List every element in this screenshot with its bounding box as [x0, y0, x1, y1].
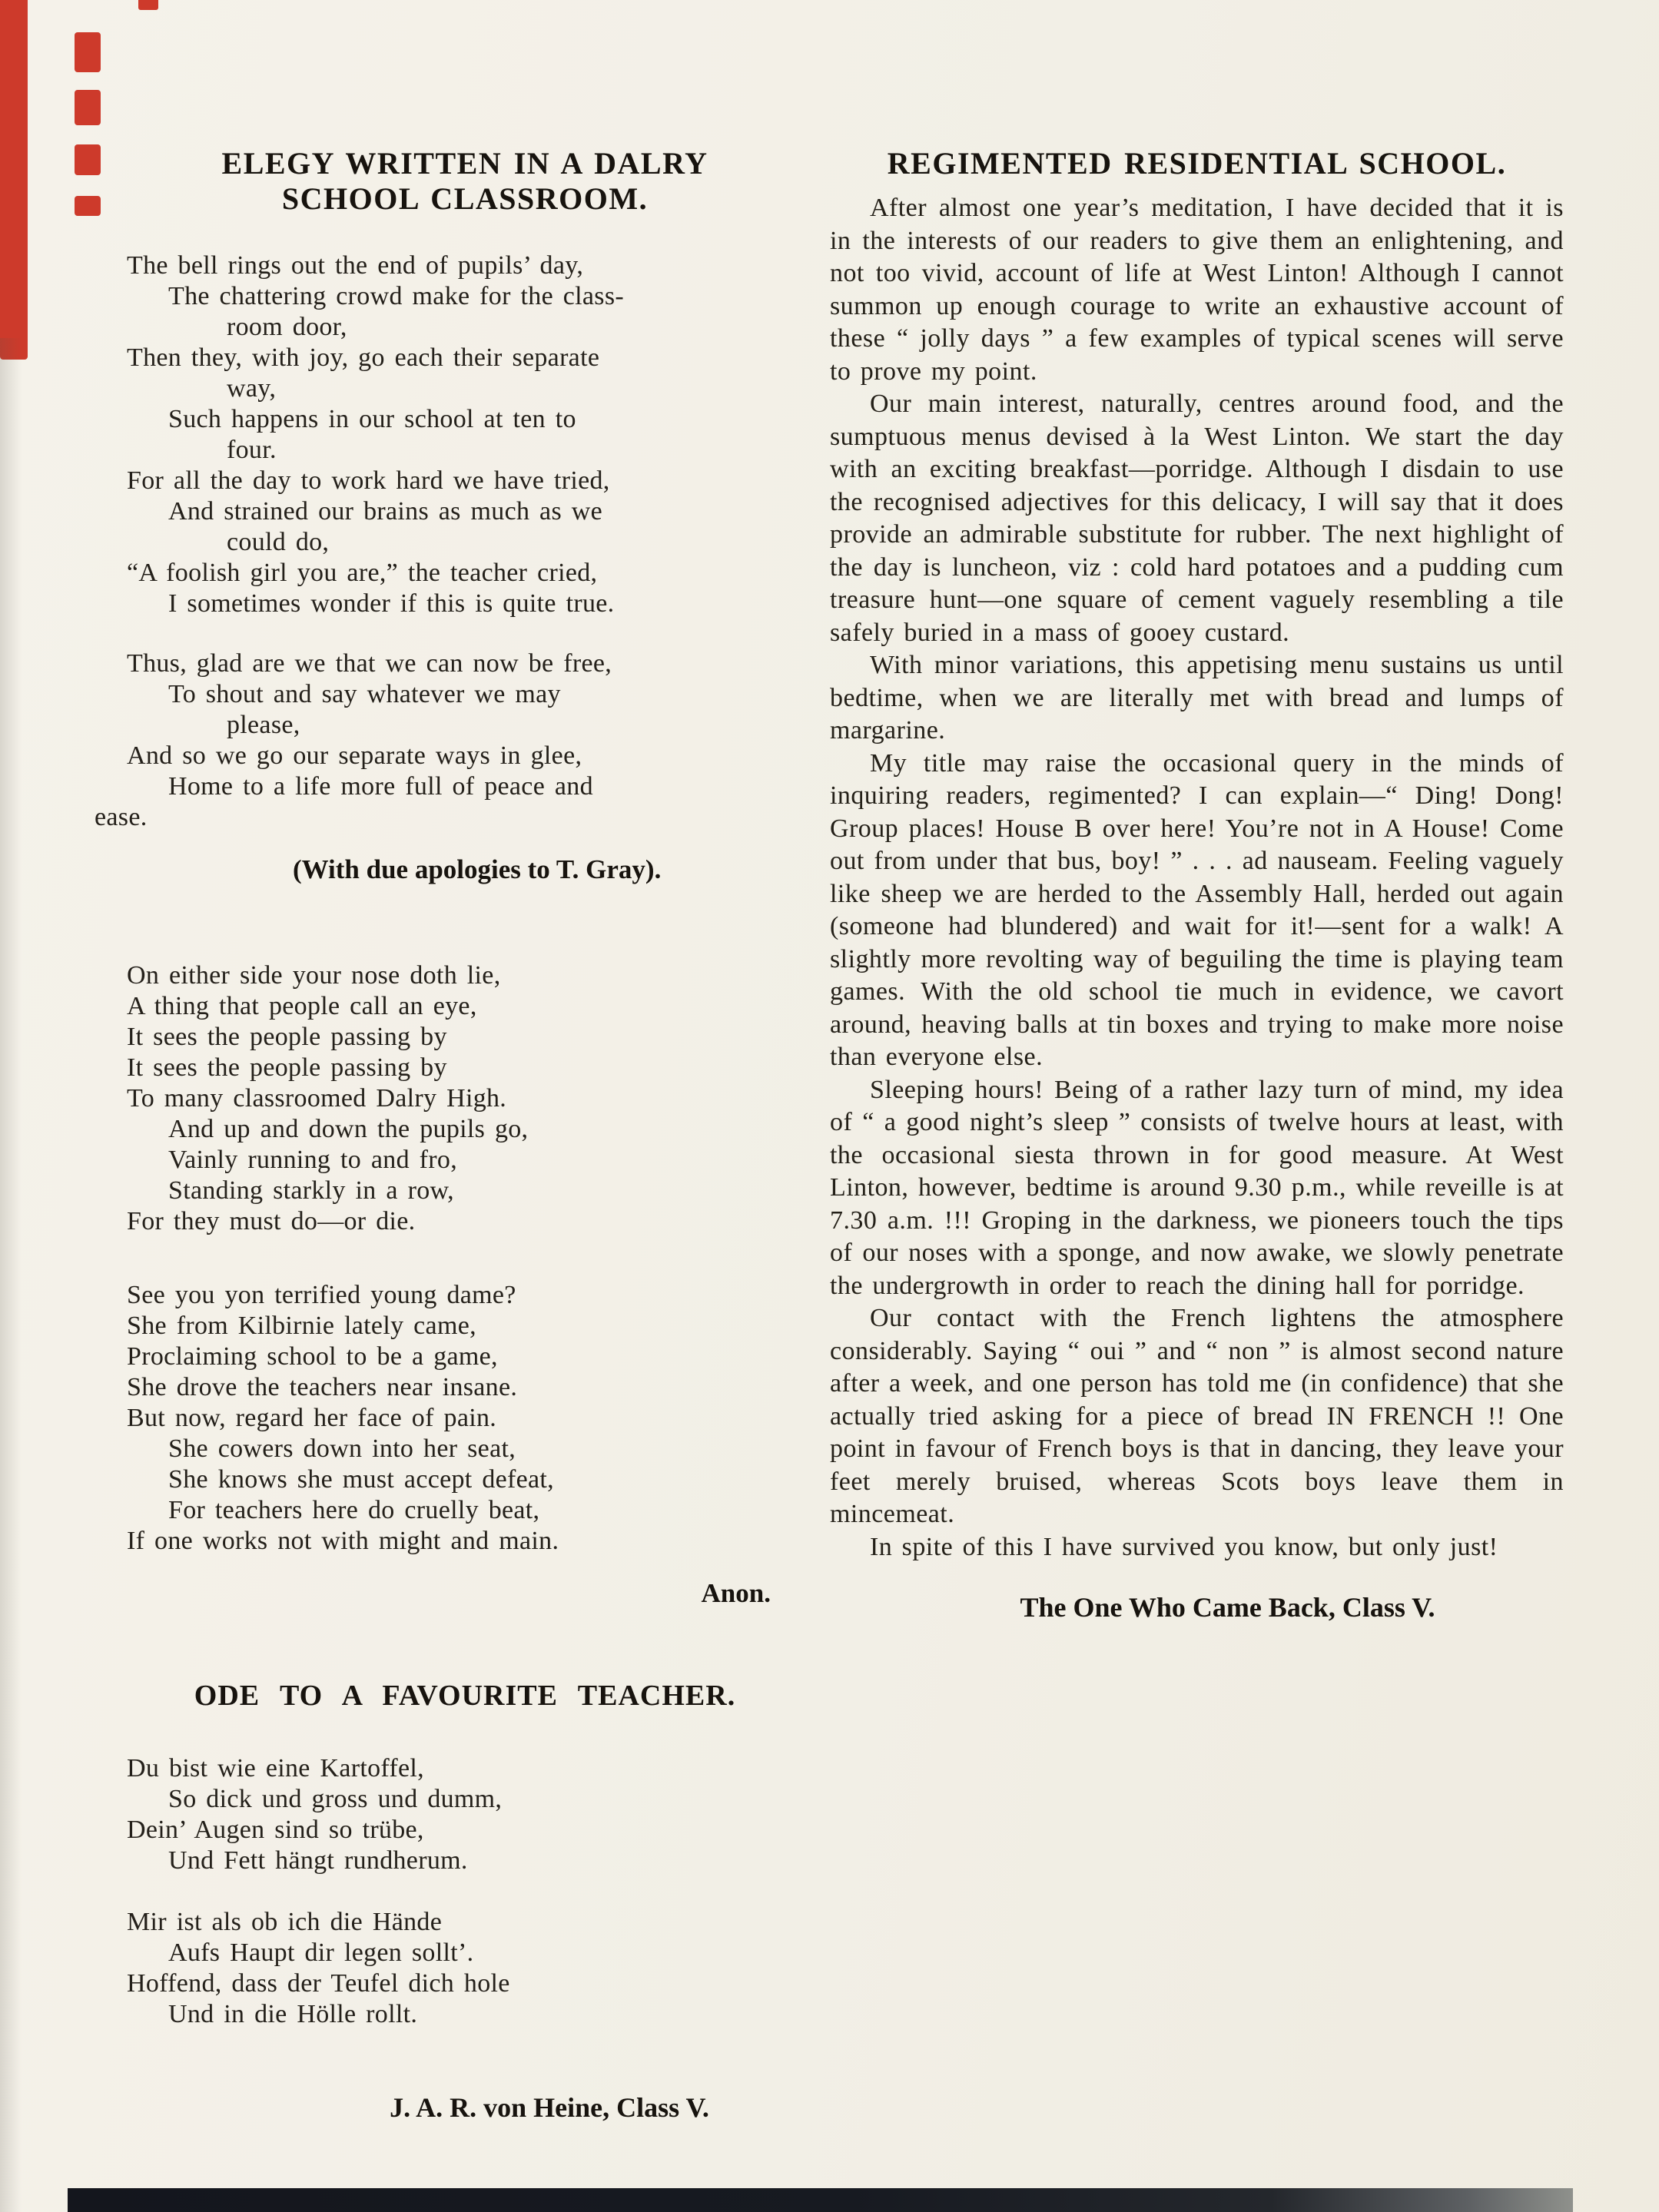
poem-line: ease.	[95, 802, 803, 833]
poem-line: See you yon terrified young dame?	[127, 1280, 803, 1311]
poem-line: Du bist wie eine Kartoffel,	[127, 1753, 803, 1784]
poem-line: If one works not with might and main.	[127, 1526, 803, 1557]
poem-line: Proclaiming school to be a game,	[127, 1341, 803, 1372]
apology-note: (With due apologies to T. Gray).	[127, 853, 803, 887]
poem-line: room door,	[227, 312, 803, 343]
article-paragraph: In spite of this I have survived you kno…	[830, 1531, 1564, 1564]
poem-line: And strained our brains as much as we	[168, 496, 803, 527]
poem-line: Mir ist als ob ich die Hände	[127, 1907, 803, 1938]
ode-stanza-2: Mir ist als ob ich die HändeAufs Haupt d…	[127, 1907, 803, 2030]
article-paragraph: With minor variations, this appetising m…	[830, 649, 1564, 748]
bottom-ink-bar	[68, 2188, 1573, 2212]
elegy-stanza-2: Thus, glad are we that we can now be fre…	[127, 648, 803, 833]
poem-line: To shout and say whatever we may	[168, 679, 803, 710]
poem-line: For they must do—or die.	[127, 1206, 803, 1237]
poem-line: Aufs Haupt dir legen sollt’.	[168, 1938, 803, 1968]
elegy-stanza-1: The bell rings out the end of pupils’ da…	[127, 250, 803, 619]
red-ink-dash	[75, 32, 101, 72]
poem-line: She drove the teachers near insane.	[127, 1372, 803, 1403]
poem-line: The chattering crowd make for the class-	[168, 281, 803, 312]
poem-line: Dein’ Augen sind so trübe,	[127, 1815, 803, 1846]
poem-line: It sees the people passing by	[127, 1053, 803, 1083]
poem-line: A thing that people call an eye,	[127, 991, 803, 1022]
poem-line: Such happens in our school at ten to	[168, 404, 803, 435]
poem-line: I sometimes wonder if this is quite true…	[168, 589, 803, 619]
red-ink-dash	[75, 196, 101, 216]
page-edge-shadow	[0, 338, 22, 2212]
red-ink-bar	[0, 0, 28, 360]
red-ink-dash	[75, 144, 101, 175]
anon-poem-stanza-2: See you yon terrified young dame?She fro…	[127, 1280, 803, 1557]
article-paragraph: My title may raise the occasional query …	[830, 748, 1564, 1074]
poem-line: It sees the people passing by	[127, 1022, 803, 1053]
red-ink-tick	[138, 0, 158, 10]
red-ink-dash	[75, 90, 101, 125]
left-column: ELEGY WRITTEN IN A DALRYSCHOOL CLASSROOM…	[127, 146, 803, 2125]
poem-line: Thus, glad are we that we can now be fre…	[127, 648, 803, 679]
poem-line: To many classroomed Dalry High.	[127, 1083, 803, 1114]
poem-line: Standing starkly in a row,	[168, 1176, 803, 1206]
elegy-title-line1: ELEGY WRITTEN IN A DALRY	[222, 146, 708, 181]
poem-line: She from Kilbirnie lately came,	[127, 1311, 803, 1341]
right-column: REGIMENTED RESIDENTIAL SCHOOL. After alm…	[830, 146, 1564, 2125]
poem-line: For teachers here do cruelly beat,	[168, 1495, 803, 1526]
poem-line: Then they, with joy, go each their separ…	[127, 343, 803, 373]
article-paragraph: Sleeping hours! Being of a rather lazy t…	[830, 1074, 1564, 1303]
scanned-magazine-page: ELEGY WRITTEN IN A DALRYSCHOOL CLASSROOM…	[0, 0, 1659, 2212]
article-body: After almost one year’s meditation, I ha…	[830, 192, 1564, 1564]
poem-line: four.	[227, 435, 803, 466]
poem-line: way,	[227, 373, 803, 404]
anon-poem-stanza-1: On either side your nose doth lie,A thin…	[127, 960, 803, 1237]
poem-line: She cowers down into her seat,	[168, 1434, 803, 1464]
poem-line: The bell rings out the end of pupils’ da…	[127, 250, 803, 281]
anon-signature: Anon.	[127, 1577, 803, 1610]
poem-line: For all the day to work hard we have tri…	[127, 466, 803, 496]
poem-line: Hoffend, dass der Teufel dich hole	[127, 1968, 803, 1999]
poem-line: She knows she must accept defeat,	[168, 1464, 803, 1495]
elegy-title-line2: SCHOOL CLASSROOM.	[282, 181, 648, 216]
poem-line: “A foolish girl you are,” the teacher cr…	[127, 558, 803, 589]
poem-line: On either side your nose doth lie,	[127, 960, 803, 991]
poem-line: So dick und gross und dumm,	[168, 1784, 803, 1815]
left-byline: J. A. R. von Heine, Class V.	[127, 2090, 803, 2125]
ode-stanza-1: Du bist wie eine Kartoffel,So dick und g…	[127, 1753, 803, 1876]
poem-line: could do,	[227, 527, 803, 558]
two-column-layout: ELEGY WRITTEN IN A DALRYSCHOOL CLASSROOM…	[127, 146, 1564, 2125]
poem-line: But now, regard her face of pain.	[127, 1403, 803, 1434]
poem-line: And so we go our separate ways in glee,	[127, 741, 803, 771]
poem-line: Vainly running to and fro,	[168, 1145, 803, 1176]
right-byline: The One Who Came Back, Class V.	[830, 1590, 1564, 1625]
article-paragraph: Our main interest, naturally, centres ar…	[830, 388, 1564, 649]
poem-line: Home to a life more full of peace and	[168, 771, 803, 802]
poem-line: Und Fett hängt rundherum.	[168, 1846, 803, 1876]
poem-line: Und in die Hölle rollt.	[168, 1999, 803, 2030]
article-title: REGIMENTED RESIDENTIAL SCHOOL.	[830, 146, 1564, 181]
article-paragraph: Our contact with the French lightens the…	[830, 1302, 1564, 1531]
ode-title: ODE TO A FAVOURITE TEACHER.	[127, 1676, 803, 1715]
poem-line: And up and down the pupils go,	[168, 1114, 803, 1145]
elegy-title: ELEGY WRITTEN IN A DALRYSCHOOL CLASSROOM…	[127, 146, 803, 217]
poem-line: please,	[227, 710, 803, 741]
article-paragraph: After almost one year’s meditation, I ha…	[830, 192, 1564, 388]
